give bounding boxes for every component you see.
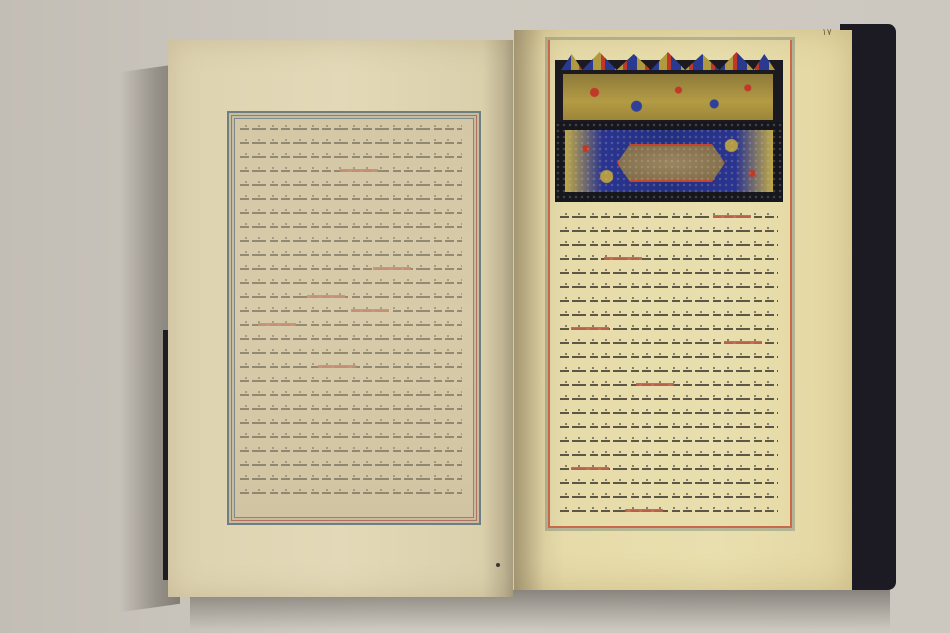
left-text-block (240, 128, 462, 506)
text-line (560, 454, 778, 456)
text-line (560, 482, 778, 484)
text-line (240, 240, 462, 242)
headpiece-cartouche (617, 144, 725, 182)
text-line (560, 356, 778, 358)
text-line (240, 156, 462, 158)
text-line (240, 282, 462, 284)
text-line-rubric (240, 310, 462, 312)
text-line (240, 254, 462, 256)
text-line (560, 440, 778, 442)
text-line (240, 338, 462, 340)
headpiece-scalloped-crest (561, 50, 775, 70)
text-line-rubric (240, 170, 462, 172)
text-line (560, 286, 778, 288)
text-line (240, 226, 462, 228)
text-line-rubric (240, 324, 462, 326)
text-line (240, 142, 462, 144)
text-line (240, 450, 462, 452)
text-line (240, 198, 462, 200)
headpiece-lower-band (555, 122, 783, 202)
text-line-rubric (240, 268, 462, 270)
text-line (240, 184, 462, 186)
text-line (560, 230, 778, 232)
text-line-rubric (240, 366, 462, 368)
text-line-rubric (560, 510, 778, 512)
text-line (560, 426, 778, 428)
headpiece-upper-floral (563, 74, 773, 120)
text-line (240, 464, 462, 466)
text-line (240, 492, 462, 494)
text-line-rubric (560, 216, 778, 218)
text-line-rubric (560, 342, 778, 344)
text-line (560, 370, 778, 372)
text-line (560, 300, 778, 302)
text-line (560, 272, 778, 274)
text-line (560, 496, 778, 498)
text-line-rubric (560, 468, 778, 470)
right-text-block (560, 216, 778, 524)
text-line (240, 212, 462, 214)
text-line (560, 244, 778, 246)
text-line-rubric (240, 296, 462, 298)
headpiece-lapis-panel (565, 130, 773, 192)
ink-spot (496, 563, 500, 567)
illuminated-headpiece (555, 50, 783, 200)
text-line-rubric (560, 328, 778, 330)
text-line (240, 394, 462, 396)
folio-number: ١٧ (822, 28, 832, 38)
text-line (560, 398, 778, 400)
text-line (240, 352, 462, 354)
text-line (240, 436, 462, 438)
text-line (240, 422, 462, 424)
text-line (240, 478, 462, 480)
text-line (240, 380, 462, 382)
text-line-rubric (560, 258, 778, 260)
text-line (560, 314, 778, 316)
text-line (240, 408, 462, 410)
text-line (240, 128, 462, 130)
text-line (560, 412, 778, 414)
left-page-gutter (483, 40, 513, 597)
text-line-rubric (560, 384, 778, 386)
right-page-gutter (514, 30, 544, 590)
